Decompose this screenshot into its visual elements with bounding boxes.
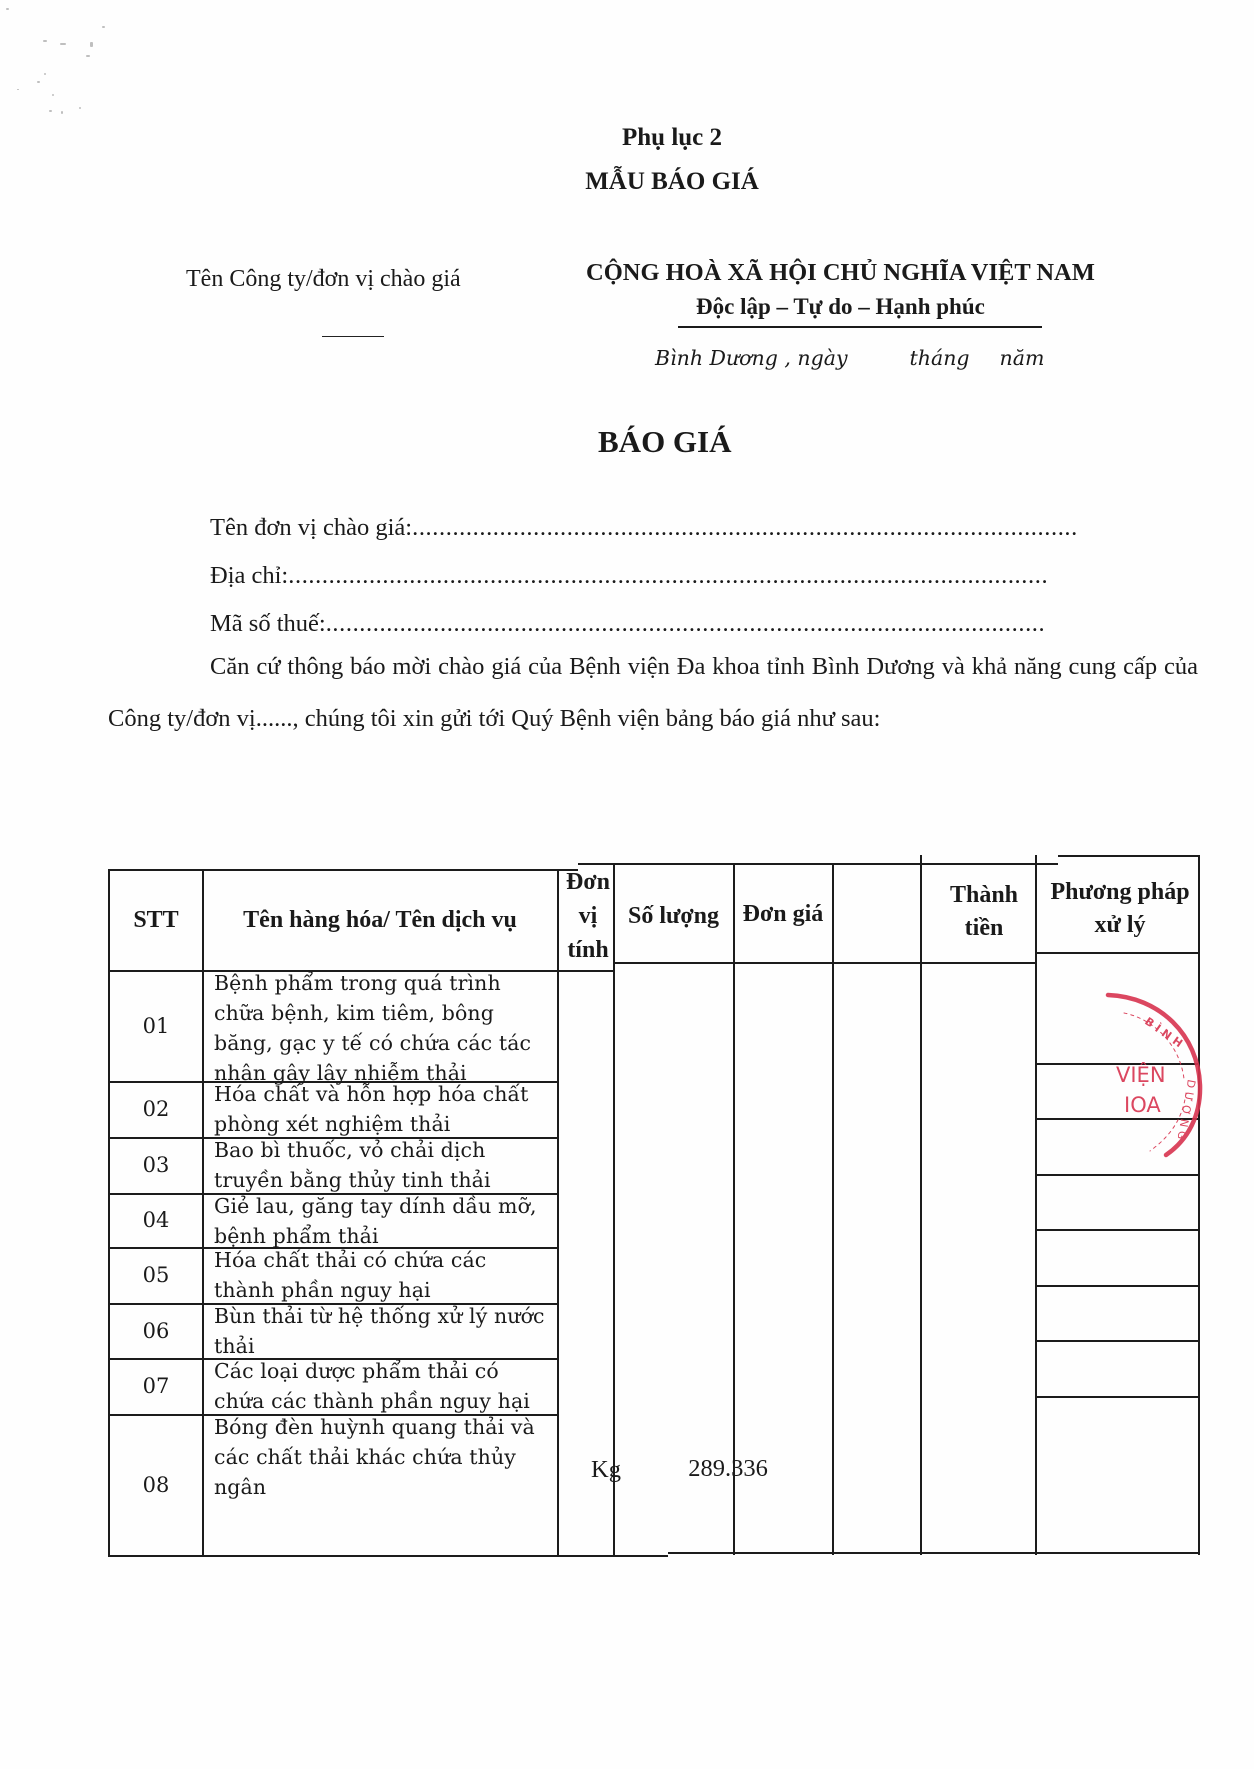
table-rule [613,863,615,1555]
header-unit: Đơn vị tính [568,862,608,970]
table-rule [108,1555,668,1557]
merged-quantity[interactable]: 289.336 [638,1455,818,1485]
row-processing-method[interactable] [1037,1063,1198,1118]
field-blank[interactable]: ........................................… [326,610,1046,637]
row-item-name: Bệnh phẩm trong quá trình chữa bệnh, kim… [214,968,553,1079]
field-bidder-name[interactable]: Tên đơn vị chào giá:....................… [210,514,1078,542]
header-quantity: Số lượng [615,866,732,966]
merged-unit[interactable]: Kg [578,1456,634,1486]
row-processing-method[interactable] [1037,1229,1198,1285]
header-stt: STT [110,870,202,970]
field-label: Địa chỉ: [210,562,288,589]
date-year-label: năm [1000,346,1045,370]
row-stt: 08 [110,1414,202,1555]
header-total: Thành tiền [934,862,1034,962]
intro-paragraph: Căn cứ thông báo mời chào giá của Bệnh v… [108,641,1198,745]
table-rule [202,869,204,1555]
table-rule [1198,855,1200,1555]
row-stt: 02 [110,1081,202,1137]
row-item-name: Các loại dược phẩm thải có chứa các thàn… [214,1356,553,1412]
row-stt: 04 [110,1193,202,1247]
row-processing-method[interactable] [1037,952,1198,1063]
row-processing-method[interactable] [1037,1340,1198,1396]
motto-underline [678,326,1042,328]
field-tax-code[interactable]: Mã số thuế:.............................… [210,610,1045,638]
form-title: MẪU BÁO GIÁ [0,168,1254,196]
merged-unit-price[interactable] [818,1000,923,1540]
row-item-name: Bao bì thuốc, vỏ chải dịch truyền bằng t… [214,1135,553,1191]
document-page: Phụ lục 2 MẪU BÁO GIÁ Tên Công ty/đơn vị… [0,0,1254,1769]
date-line: Bình Dương , ngàythángnăm [655,346,1044,370]
motto: Độc lập – Tự do – Hạnh phúc [696,294,985,320]
row-processing-method[interactable] [1037,1174,1198,1229]
appendix-label: Phụ lục 2 [0,124,1254,152]
header-processing-method: Phương pháp xử lý [1044,854,1196,964]
row-processing-method[interactable] [1037,1396,1198,1552]
field-address[interactable]: Địa chỉ:................................… [210,562,1048,590]
row-item-name: Bùn thải từ hệ thống xử lý nước thải [214,1301,553,1356]
row-stt: 05 [110,1247,202,1303]
field-blank[interactable]: ........................................… [412,514,1078,541]
date-place: Bình Dương , ngày [655,346,848,370]
nation-header: CỘNG HOÀ XÃ HỘI CHỦ NGHĨA VIỆT NAM [586,259,1095,287]
field-label: Mã số thuế: [210,610,326,637]
row-processing-method[interactable] [1037,1118,1198,1174]
row-item-name: Hóa chất và hỗn hợp hóa chất phòng xét n… [214,1079,553,1135]
quote-title: BÁO GIÁ [598,424,732,460]
company-divider [322,336,384,337]
row-stt: 06 [110,1303,202,1358]
header-unit-price: Đơn giá [735,864,831,964]
row-item-name: Bóng đèn huỳnh quang thải và các chất th… [214,1412,553,1553]
row-stt: 03 [110,1137,202,1193]
row-processing-method[interactable] [1037,1285,1198,1340]
field-blank[interactable]: ........................................… [288,562,1048,589]
header-item-name: Tên hàng hóa/ Tên dịch vụ [204,870,556,970]
row-item-name: Hóa chất thải có chứa các thành phần ngu… [214,1245,553,1301]
row-item-name: Giẻ lau, găng tay dính dầu mỡ, bệnh phẩm… [214,1191,553,1245]
merged-total[interactable] [925,1000,1040,1540]
company-name-placeholder: Tên Công ty/đơn vị chào giá [186,266,461,293]
table-rule [668,1552,1200,1554]
table-rule [557,869,559,1555]
table-rule [733,863,735,1555]
field-label: Tên đơn vị chào giá: [210,514,412,541]
date-month-label: tháng [910,346,970,370]
row-stt: 07 [110,1358,202,1414]
row-stt: 01 [110,970,202,1081]
